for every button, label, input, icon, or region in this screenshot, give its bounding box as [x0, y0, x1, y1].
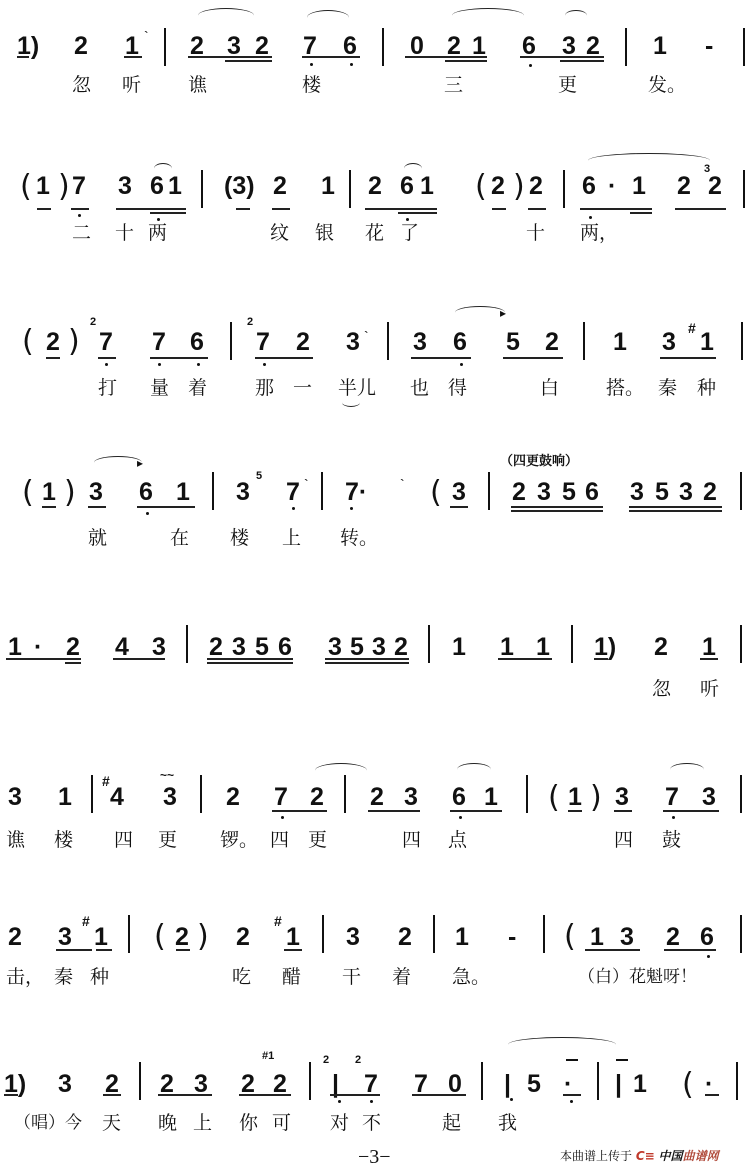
arrow-icon: ▸: [500, 306, 506, 320]
barline: [597, 1062, 599, 1100]
arrow-icon: ▸: [137, 456, 143, 470]
barline: [433, 915, 435, 953]
logo-icon: C≡: [636, 1149, 655, 1163]
lyric: 了: [400, 222, 419, 244]
barline: [139, 1062, 141, 1100]
lyric: 两: [148, 222, 167, 244]
note: 3: [346, 923, 360, 951]
note: 6: [582, 172, 596, 200]
close-paren: ): [590, 783, 602, 813]
slur: [670, 763, 704, 776]
barline: [563, 170, 565, 208]
lyric: 更: [158, 829, 177, 851]
note: 3: [163, 783, 177, 811]
barline: [309, 1062, 311, 1100]
note: 3: [89, 478, 103, 506]
lyric: 两，: [580, 222, 618, 244]
trill-icon: ~~: [160, 768, 174, 782]
note: 2: [310, 783, 324, 811]
barline: [322, 915, 324, 953]
watermark-brand-a: 中国: [659, 1149, 683, 1163]
lyric: 转。: [340, 527, 378, 549]
lyric: 十: [526, 222, 545, 244]
barline: [387, 322, 389, 360]
lyric: 锣。: [220, 829, 258, 851]
note: 3: [404, 783, 418, 811]
note: 7: [72, 172, 86, 200]
lyric: 可: [272, 1112, 291, 1134]
barline: [740, 472, 742, 510]
watermark: 本曲谱上传于 C≡ 中国曲谱网: [560, 1147, 719, 1164]
lyric: 上: [193, 1112, 212, 1134]
lyric: 秦: [54, 966, 73, 988]
lyric: 谯: [188, 74, 207, 96]
watermark-prefix: 本曲谱上传于: [560, 1149, 632, 1163]
note: 2: [273, 172, 287, 200]
lyric: 半儿: [338, 377, 376, 399]
barline: [212, 472, 214, 510]
slur: [452, 8, 524, 23]
note: 7: [256, 328, 270, 356]
note: 3: [58, 923, 72, 951]
close-paren: ): [64, 478, 76, 508]
barline: [571, 625, 573, 663]
dot-rhythm: ·: [34, 633, 42, 661]
note: 1: [632, 172, 646, 200]
note: 2: [370, 783, 384, 811]
note: 6: [585, 478, 599, 506]
note: 1: [653, 32, 667, 60]
note: 5: [655, 478, 669, 506]
note: 1: [568, 783, 582, 811]
breath-mark: `: [304, 476, 309, 492]
note: 6: [452, 783, 466, 811]
note: 2: [545, 328, 559, 356]
note: 1: [700, 328, 714, 356]
barline: [428, 625, 430, 663]
breath-mark: `: [364, 328, 369, 344]
note: |: [504, 1070, 511, 1098]
lyric: 着: [392, 966, 411, 988]
breath-mark: `: [144, 28, 149, 44]
barline: [740, 625, 742, 663]
note: 1: [168, 172, 182, 200]
barline: [481, 1062, 483, 1100]
note: 3: [118, 172, 132, 200]
note: 1: [702, 633, 716, 661]
lyric: 对: [330, 1112, 349, 1134]
lyric: 急。: [452, 966, 490, 988]
page-number: −3−: [358, 1146, 391, 1169]
close-paren: ): [58, 172, 70, 202]
lyric: 二: [72, 222, 91, 244]
note: 6: [190, 328, 204, 356]
arrow-slur: [455, 306, 505, 319]
lyric: 击，: [6, 966, 44, 988]
barline: [349, 170, 351, 208]
note: 1: [286, 923, 300, 951]
lyric: 种: [697, 377, 716, 399]
barline: [741, 322, 743, 360]
lyric: 白: [540, 377, 559, 399]
lyric: 听: [700, 678, 719, 700]
close-paren: ): [197, 922, 209, 952]
close-paren: ): [513, 172, 525, 202]
note: 2: [8, 923, 22, 951]
arrow-slur: [94, 456, 142, 469]
note: 2: [368, 172, 382, 200]
dot-rhythm: 1: [633, 1070, 647, 1098]
lyric: 楼: [302, 74, 321, 96]
lyric: 点: [448, 829, 467, 851]
lyric: 十: [115, 222, 134, 244]
lyric: 楼: [54, 829, 73, 851]
lyric: 谯: [6, 829, 25, 851]
lyric: 起: [442, 1112, 461, 1134]
note: 2: [236, 923, 250, 951]
barline: [583, 322, 585, 360]
slur: [565, 10, 587, 21]
note: 1: [613, 328, 627, 356]
note: 2: [654, 633, 668, 661]
note: 1: [36, 172, 50, 200]
note: 2: [209, 633, 223, 661]
note: 6: [453, 328, 467, 356]
lyric: 醋: [282, 966, 301, 988]
barline: [740, 915, 742, 953]
lyric: 搭。: [606, 377, 644, 399]
lyric: 打: [98, 377, 117, 399]
note: 2: [708, 172, 722, 200]
note: 4: [115, 633, 129, 661]
barline: [91, 775, 93, 813]
note: 3: [537, 478, 551, 506]
dash: -: [508, 923, 516, 951]
note: 7: [286, 478, 300, 506]
barline: [164, 28, 166, 66]
note: 6: [139, 478, 153, 506]
lyric: 天: [102, 1112, 121, 1134]
note: 1: [452, 633, 466, 661]
lyric: 一: [293, 377, 312, 399]
lyric: 就: [88, 527, 107, 549]
slur: [457, 763, 491, 776]
note: 2: [512, 478, 526, 506]
slur: [508, 1037, 616, 1052]
note: 1): [594, 633, 616, 661]
note: 2: [46, 328, 60, 356]
dot-rhythm: 5: [527, 1070, 541, 1098]
note: 3: [346, 328, 360, 356]
note: 5: [350, 633, 364, 661]
grace-note: 2: [323, 1054, 329, 1066]
note: 2: [677, 172, 691, 200]
lyric: 楼: [230, 527, 249, 549]
note: 3: [58, 1070, 72, 1098]
note: 1: [484, 783, 498, 811]
lyric: 花: [365, 222, 384, 244]
note: 3: [232, 633, 246, 661]
lyric: 银: [315, 222, 334, 244]
lyric: 四: [614, 829, 633, 851]
note: 2: [666, 923, 680, 951]
note: 1: [94, 923, 108, 951]
grace-note: 2: [355, 1054, 361, 1066]
note: 3: [236, 478, 250, 506]
lyric: 更: [308, 829, 327, 851]
note: 1: [176, 478, 190, 506]
slur: [198, 8, 254, 23]
note: 2: [398, 923, 412, 951]
note: 3: [152, 633, 166, 661]
lyric: 在: [170, 527, 189, 549]
lyric: 发。: [648, 74, 686, 96]
note: 7: [274, 783, 288, 811]
note: 2: [394, 633, 408, 661]
lyric: 四: [114, 829, 133, 851]
note: 1: [420, 172, 434, 200]
lyric: 四: [270, 829, 289, 851]
barline: [743, 28, 745, 66]
note: 2: [296, 328, 310, 356]
note: 3: [452, 478, 466, 506]
lyric: 我: [498, 1112, 517, 1134]
slur: [315, 763, 367, 778]
lyric: 吃: [232, 966, 251, 988]
note: 3: [372, 633, 386, 661]
lyric: 那: [255, 377, 274, 399]
lyric: 量: [150, 377, 169, 399]
note: 3: [630, 478, 644, 506]
note: 3: [615, 783, 629, 811]
note: 3: [620, 923, 634, 951]
note: 6: [700, 923, 714, 951]
grace-note: 5: [256, 470, 262, 482]
lyric: 鼓: [662, 829, 681, 851]
note: (3): [224, 172, 255, 200]
barline: [200, 775, 202, 813]
note: 3: [702, 783, 716, 811]
note: 7: [99, 328, 113, 356]
lyric: 你: [239, 1112, 258, 1134]
note: 5: [255, 633, 269, 661]
note: 6: [400, 172, 414, 200]
grace-note: 2: [90, 316, 96, 328]
dash: -: [705, 32, 713, 60]
note: 6: [150, 172, 164, 200]
note: 1: [58, 783, 72, 811]
note: 2: [226, 783, 240, 811]
note: 3: [413, 328, 427, 356]
note: 2: [175, 923, 189, 951]
close-paren: ): [68, 327, 80, 357]
barline: [736, 1062, 738, 1100]
note: 3: [328, 633, 342, 661]
lyric: 干: [342, 966, 361, 988]
note: 4: [110, 783, 124, 811]
barline: [740, 775, 742, 813]
lyric: 得: [448, 377, 467, 399]
lyric: 也: [410, 377, 429, 399]
slur: [588, 153, 710, 168]
note: 1: [500, 633, 514, 661]
note: 3: [679, 478, 693, 506]
watermark-brand-b: 曲谱网: [683, 1149, 719, 1163]
note: 2: [529, 172, 543, 200]
lyric: 纹: [270, 222, 289, 244]
performance-annotation: （四更鼓响）: [500, 450, 578, 469]
breath-mark: `: [400, 476, 405, 492]
note: 1: [42, 478, 56, 506]
note: 2: [66, 633, 80, 661]
barline: [186, 625, 188, 663]
note: 7: [152, 328, 166, 356]
barline: [230, 322, 232, 360]
grace-note: #1: [262, 1050, 274, 1062]
lyric: 上: [282, 527, 301, 549]
note: 2: [74, 32, 88, 60]
lyric: （唱）今: [14, 1112, 82, 1134]
barline: [344, 775, 346, 813]
note: 3: [662, 328, 676, 356]
slur: [307, 10, 349, 25]
barline: [321, 472, 323, 510]
lyric: 忽: [72, 74, 91, 96]
note: 1: [8, 633, 22, 661]
barline: [743, 170, 745, 208]
barline: [488, 472, 490, 510]
note: 1: [321, 172, 335, 200]
note: 7·: [345, 478, 367, 506]
note: 1: [455, 923, 469, 951]
barline: [526, 775, 528, 813]
note: 3: [8, 783, 22, 811]
lyric: 秦: [658, 377, 677, 399]
lyric: 更: [558, 74, 577, 96]
note: 1: [590, 923, 604, 951]
lyric: 三: [444, 74, 463, 96]
note: 2: [703, 478, 717, 506]
barline: [625, 28, 627, 66]
lyric: 听: [122, 74, 141, 96]
lyric: 晚: [158, 1112, 177, 1134]
lyric: 忽: [652, 678, 671, 700]
lyric: 着: [188, 377, 207, 399]
tie: [342, 398, 360, 407]
note: 5: [506, 328, 520, 356]
note: 6: [278, 633, 292, 661]
barline: [382, 28, 384, 66]
note: 5: [562, 478, 576, 506]
spoken-lyric: （白）花魁呀！: [578, 966, 697, 988]
note: 1: [536, 633, 550, 661]
lyric: 四: [402, 829, 421, 851]
lyric: 种: [90, 966, 109, 988]
barline: [201, 170, 203, 208]
note: |: [615, 1070, 622, 1098]
barline: [543, 915, 545, 953]
barline: [128, 915, 130, 953]
note: 2: [491, 172, 505, 200]
grace-note: 2: [247, 316, 253, 328]
note: 7: [665, 783, 679, 811]
note: ·: [608, 172, 616, 200]
lyric: 不: [362, 1112, 381, 1134]
